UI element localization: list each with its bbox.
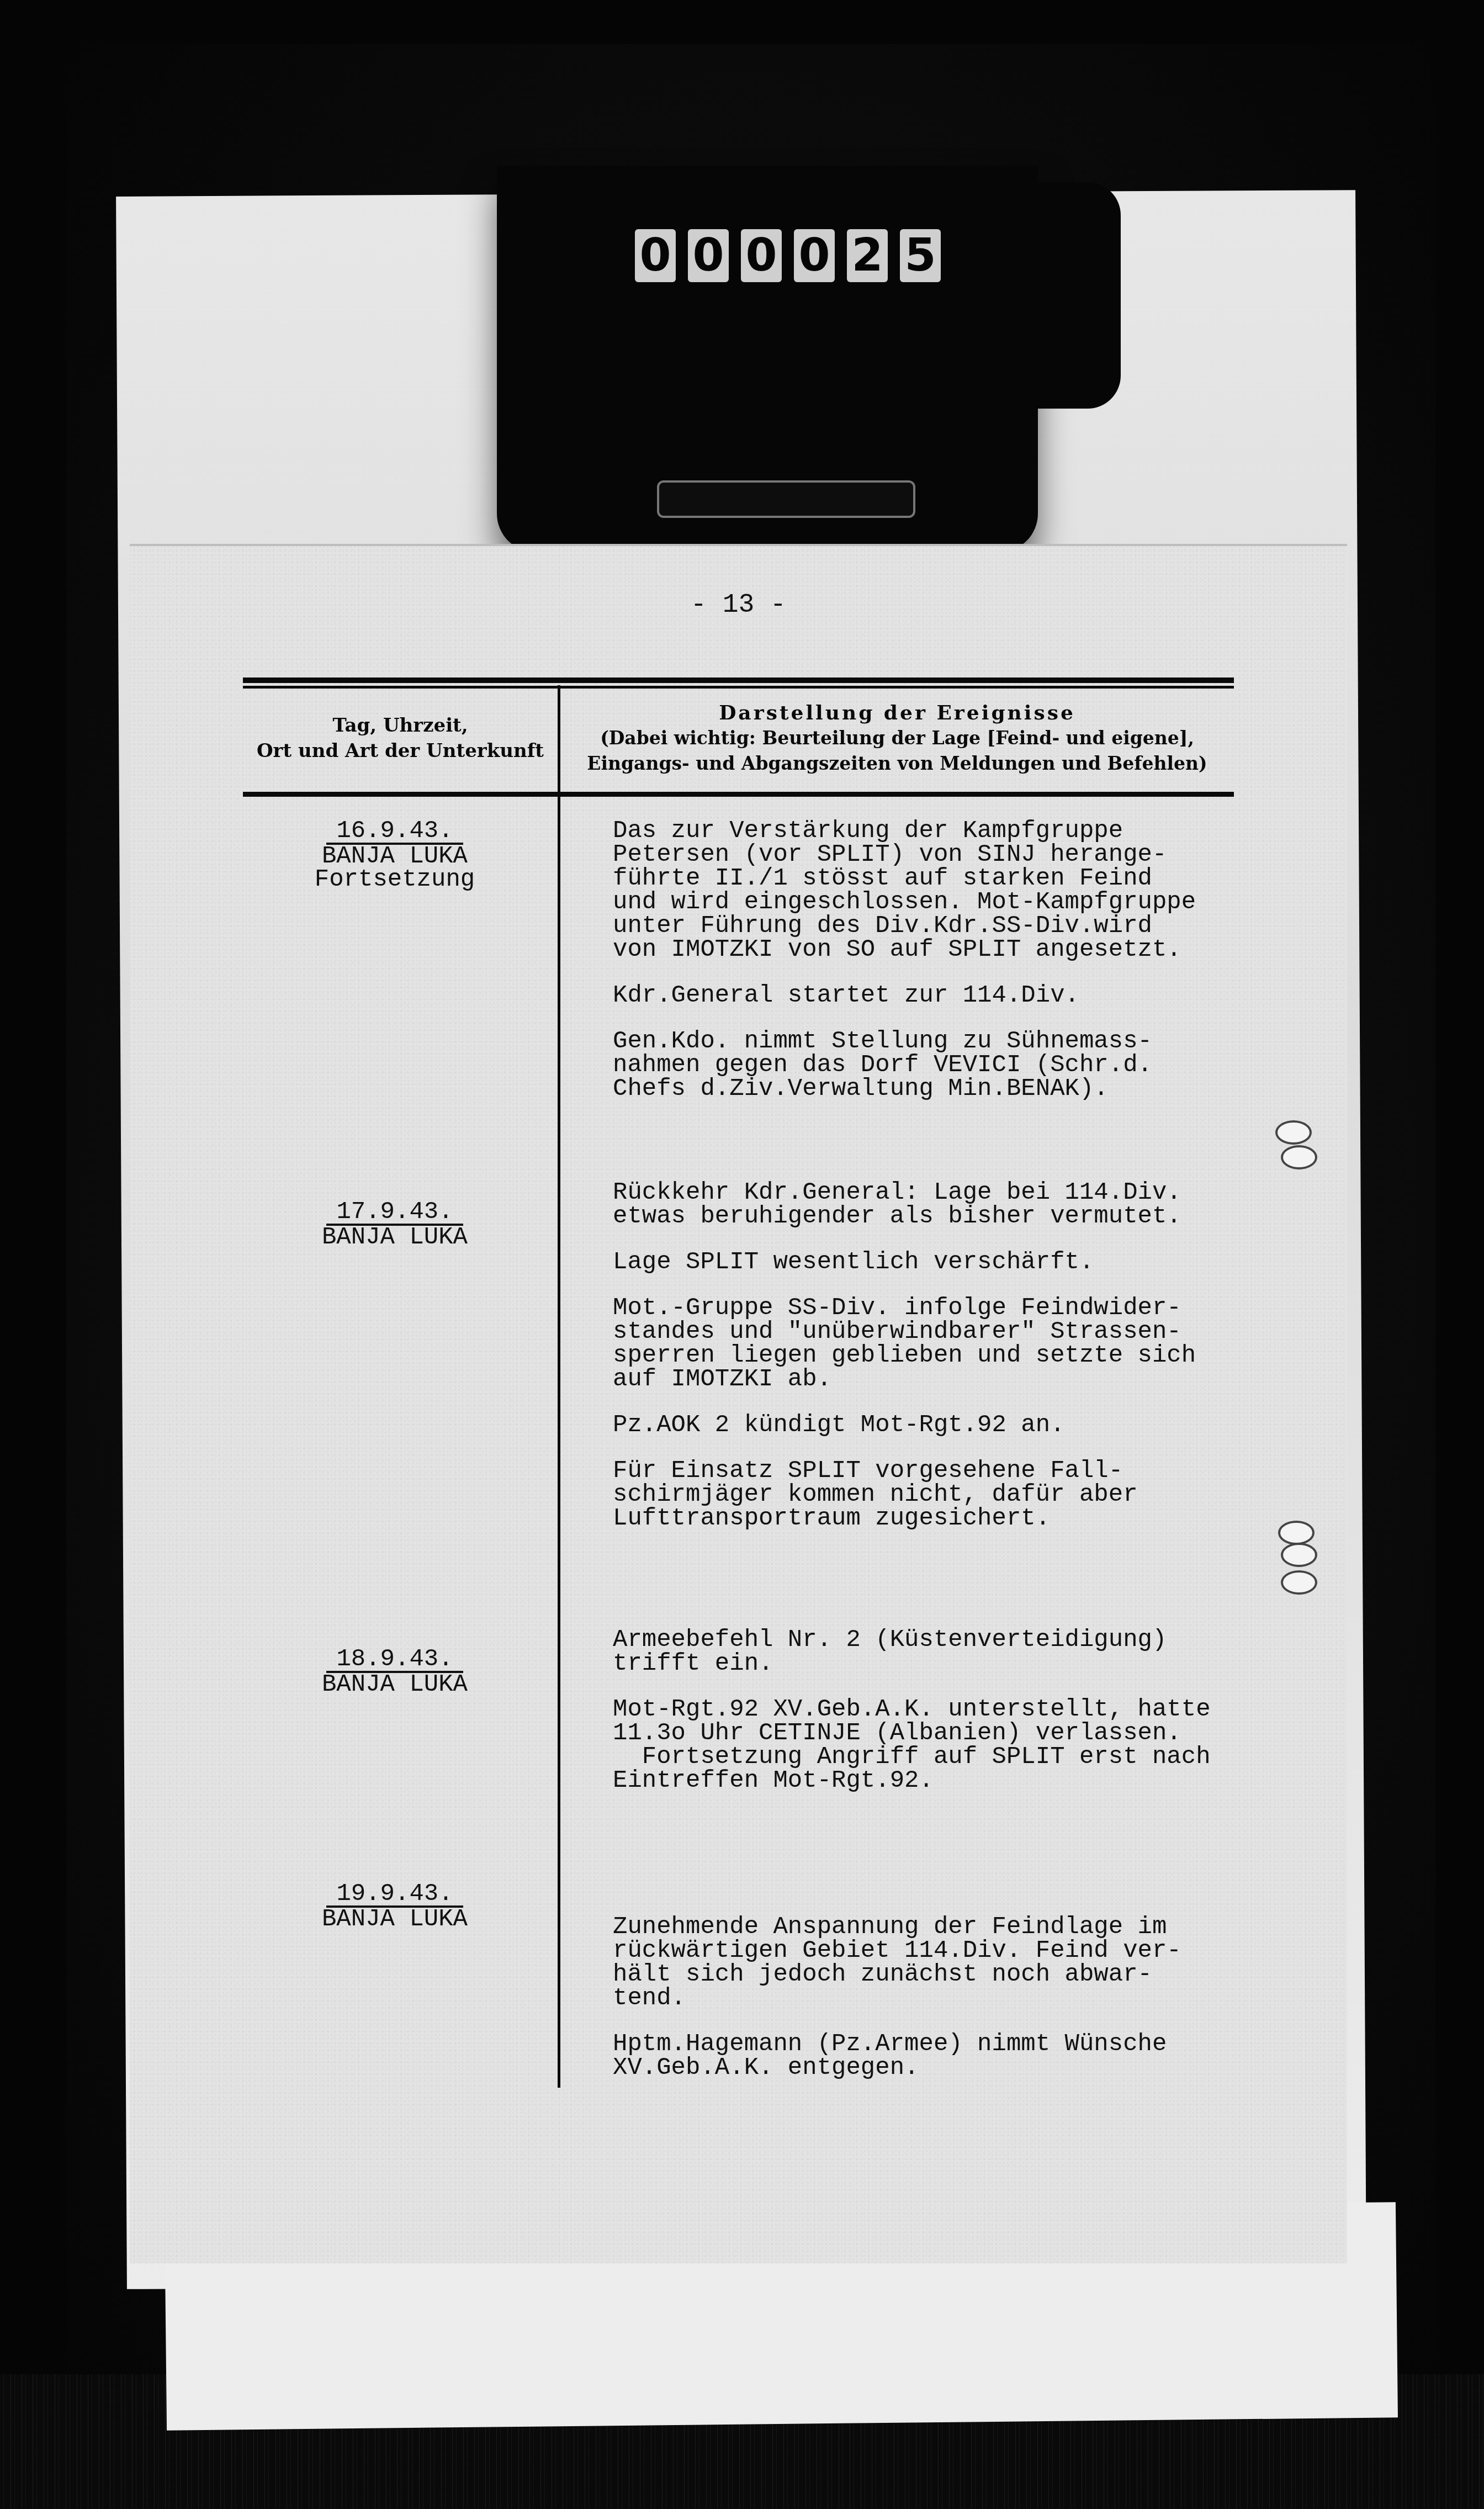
punch-hole bbox=[1275, 1120, 1312, 1145]
counter-digit: 0 bbox=[741, 229, 782, 282]
event-line: Petersen (vor SPLIT) von SINJ herange- bbox=[613, 843, 1275, 867]
event-line: standes und "unüberwindbarer" Strassen- bbox=[613, 1320, 1275, 1344]
event-line: trifft ein. bbox=[613, 1652, 1275, 1676]
column-header-date-place: Tag, Uhrzeit, Ort und Art der Unterkunft bbox=[243, 684, 558, 792]
counter-slot bbox=[657, 480, 915, 518]
event-line: Gen.Kdo. nimmt Stellung zu Sühnemass- bbox=[613, 1030, 1275, 1054]
entry-events: Rückkehr Kdr.General: Lage bei 114.Div.e… bbox=[613, 1181, 1275, 1553]
event-line: und wird eingeschlossen. Mot-Kampfgruppe bbox=[613, 891, 1275, 914]
event-line: Zunehmende Anspannung der Feindlage im bbox=[613, 1915, 1275, 1939]
punch-hole bbox=[1281, 1543, 1317, 1567]
entry-place: BANJA LUKA bbox=[290, 1908, 500, 1931]
entry-events: Armeebefehl Nr. 2 (Küstenverteidigung)tr… bbox=[613, 1628, 1275, 1815]
event-paragraph: Das zur Verstärkung der KampfgruppePeter… bbox=[613, 819, 1275, 962]
entry-place: BANJA LUKA bbox=[290, 845, 500, 868]
event-line: unter Führung des Div.Kdr.SS-Div.wird bbox=[613, 914, 1275, 938]
event-line: XV.Geb.A.K. entgegen. bbox=[613, 2056, 1275, 2080]
event-line: Lage SPLIT wesentlich verschärft. bbox=[613, 1251, 1275, 1274]
counter-digit: 2 bbox=[847, 229, 888, 282]
entry-date: 18.9.43. bbox=[326, 1648, 463, 1673]
frame-counter-digits: 0 0 0 0 2 5 bbox=[635, 229, 941, 282]
counter-knob bbox=[1038, 182, 1121, 409]
entry-events: Das zur Verstärkung der KampfgruppePeter… bbox=[613, 819, 1275, 1123]
event-paragraph: Gen.Kdo. nimmt Stellung zu Sühnemass-nah… bbox=[613, 1030, 1275, 1101]
table-header-rule bbox=[243, 792, 1234, 797]
punch-hole bbox=[1281, 1145, 1317, 1169]
counter-digit: 0 bbox=[794, 229, 835, 282]
entry-note: Fortsetzung bbox=[290, 868, 500, 891]
entry-date: 19.9.43. bbox=[326, 1882, 463, 1908]
entry-date-place: 18.9.43.BANJA LUKA bbox=[290, 1648, 500, 1696]
event-line: Fortsetzung Angriff auf SPLIT erst nach bbox=[613, 1745, 1275, 1769]
counter-digit: 0 bbox=[688, 229, 729, 282]
event-line: nahmen gegen das Dorf VEVICI (Schr.d. bbox=[613, 1054, 1275, 1077]
entry-date: 17.9.43. bbox=[326, 1200, 463, 1226]
event-paragraph: Hptm.Hagemann (Pz.Armee) nimmt WünscheXV… bbox=[613, 2032, 1275, 2080]
event-line: sperren liegen geblieben und setzte sich bbox=[613, 1344, 1275, 1368]
entry-date-place: 16.9.43.BANJA LUKAFortsetzung bbox=[290, 819, 500, 891]
event-line: Rückkehr Kdr.General: Lage bei 114.Div. bbox=[613, 1181, 1275, 1205]
event-paragraph: Pz.AOK 2 kündigt Mot-Rgt.92 an. bbox=[613, 1414, 1275, 1437]
event-line: Pz.AOK 2 kündigt Mot-Rgt.92 an. bbox=[613, 1414, 1275, 1437]
entry-date: 16.9.43. bbox=[326, 819, 463, 845]
event-line: Das zur Verstärkung der Kampfgruppe bbox=[613, 819, 1275, 843]
header-right-line2: (Dabei wichtig: Beurteilung der Lage [Fe… bbox=[600, 726, 1194, 751]
event-line: hält sich jedoch zunächst noch abwar- bbox=[613, 1963, 1275, 1987]
header-left-line2: Ort und Art der Unterkunft bbox=[257, 738, 544, 764]
event-line: Mot-Rgt.92 XV.Geb.A.K. unterstellt, hatt… bbox=[613, 1698, 1275, 1722]
entry-date-place: 17.9.43.BANJA LUKA bbox=[290, 1200, 500, 1249]
event-line: Kdr.General startet zur 114.Div. bbox=[613, 984, 1275, 1008]
event-line: Armeebefehl Nr. 2 (Küstenverteidigung) bbox=[613, 1628, 1275, 1652]
header-right-title: Darstellung der Ereignisse bbox=[719, 700, 1075, 726]
event-paragraph: Lage SPLIT wesentlich verschärft. bbox=[613, 1251, 1275, 1274]
entry-events: Zunehmende Anspannung der Feindlage imrü… bbox=[613, 1915, 1275, 2102]
header-left-line1: Tag, Uhrzeit, bbox=[332, 713, 468, 738]
event-paragraph: Kdr.General startet zur 114.Div. bbox=[613, 984, 1275, 1008]
event-line: Mot.-Gruppe SS-Div. infolge Feindwider- bbox=[613, 1296, 1275, 1320]
event-line: rückwärtigen Gebiet 114.Div. Feind ver- bbox=[613, 1939, 1275, 1963]
entry-date-place: 19.9.43.BANJA LUKA bbox=[290, 1882, 500, 1931]
counter-digit: 0 bbox=[635, 229, 676, 282]
event-line: Eintreffen Mot-Rgt.92. bbox=[613, 1769, 1275, 1793]
event-line: 11.3o Uhr CETINJE (Albanien) verlassen. bbox=[613, 1722, 1275, 1745]
punch-hole bbox=[1278, 1521, 1315, 1545]
column-divider bbox=[558, 685, 560, 2088]
event-line: auf IMOTZKI ab. bbox=[613, 1368, 1275, 1391]
event-line: tend. bbox=[613, 1987, 1275, 2010]
event-paragraph: Mot.-Gruppe SS-Div. infolge Feindwider-s… bbox=[613, 1296, 1275, 1391]
event-paragraph: Rückkehr Kdr.General: Lage bei 114.Div.e… bbox=[613, 1181, 1275, 1229]
punch-hole bbox=[1281, 1570, 1317, 1595]
event-paragraph: Mot-Rgt.92 XV.Geb.A.K. unterstellt, hatt… bbox=[613, 1698, 1275, 1793]
event-line: führte II./1 stösst auf starken Feind bbox=[613, 867, 1275, 891]
page-number: - 13 - bbox=[130, 590, 1347, 620]
event-line: Chefs d.Ziv.Verwaltung Min.BENAK). bbox=[613, 1077, 1275, 1101]
event-line: etwas beruhigender als bisher vermutet. bbox=[613, 1205, 1275, 1229]
event-paragraph: Armeebefehl Nr. 2 (Küstenverteidigung)tr… bbox=[613, 1628, 1275, 1676]
entry-place: BANJA LUKA bbox=[290, 1673, 500, 1696]
event-line: Hptm.Hagemann (Pz.Armee) nimmt Wünsche bbox=[613, 2032, 1275, 2056]
event-paragraph: Für Einsatz SPLIT vorgesehene Fall-schir… bbox=[613, 1459, 1275, 1531]
event-line: von IMOTZKI von SO auf SPLIT angesetzt. bbox=[613, 938, 1275, 962]
document-page: - 13 - Tag, Uhrzeit, Ort und Art der Unt… bbox=[130, 544, 1347, 2263]
column-header-events: Darstellung der Ereignisse (Dabei wichti… bbox=[560, 684, 1234, 792]
table-top-rule bbox=[243, 677, 1234, 683]
counter-digit: 5 bbox=[900, 229, 941, 282]
event-line: Für Einsatz SPLIT vorgesehene Fall- bbox=[613, 1459, 1275, 1483]
entry-place: BANJA LUKA bbox=[290, 1226, 500, 1249]
event-paragraph: Zunehmende Anspannung der Feindlage imrü… bbox=[613, 1915, 1275, 2010]
header-right-line3: Eingangs- und Abgangszeiten von Meldunge… bbox=[587, 751, 1207, 776]
event-line: Lufttransportraum zugesichert. bbox=[613, 1507, 1275, 1531]
event-line: schirmjäger kommen nicht, dafür aber bbox=[613, 1483, 1275, 1507]
